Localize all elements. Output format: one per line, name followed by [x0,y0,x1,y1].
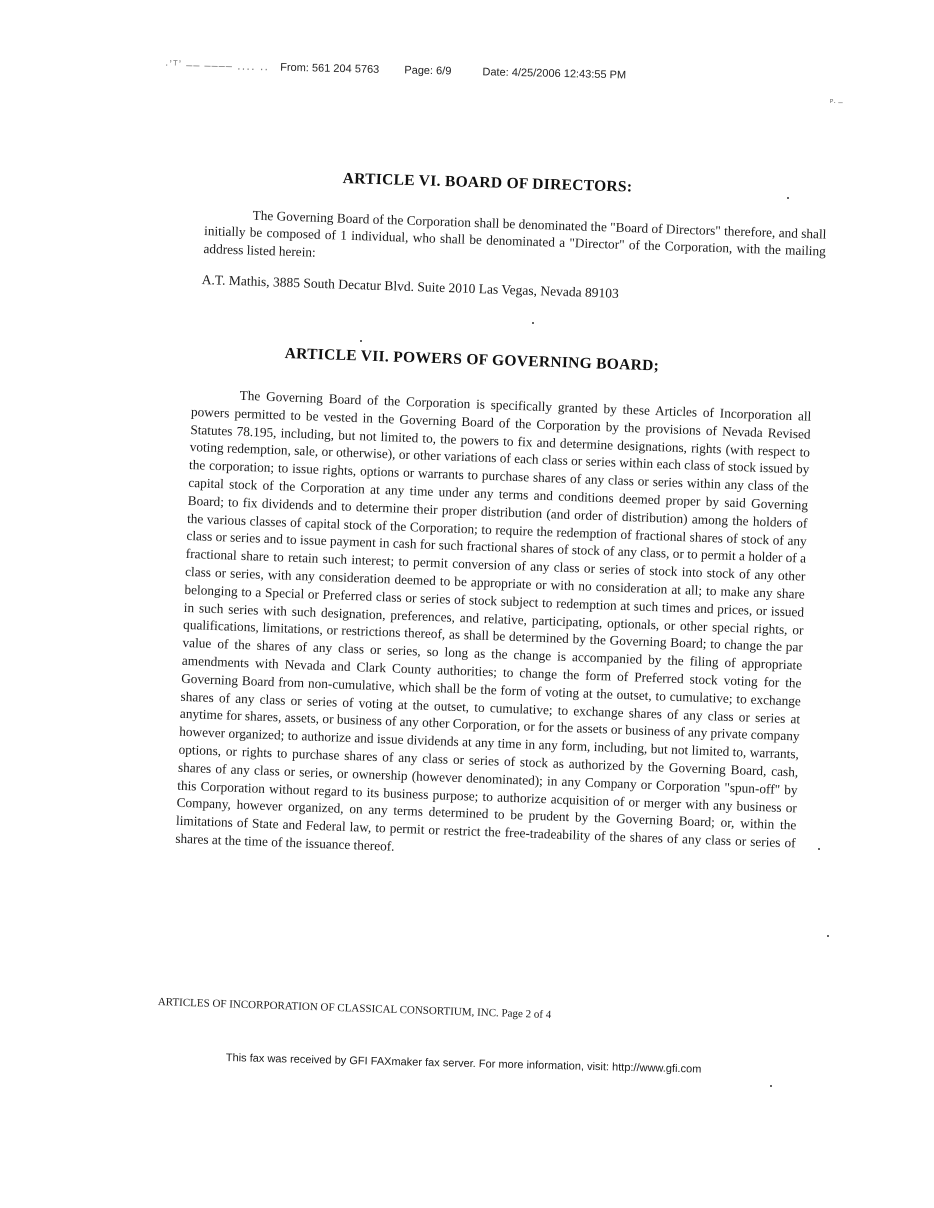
fax-page: ·ʼᵀʼ ‒‒ ‒‒‒‒ ․․․․ ․․ From: 561 204 5763 … [0,0,934,1208]
article-7-body: The Governing Board of the Corporation i… [175,385,812,870]
scan-speck [827,935,829,937]
fax-header: ·ʼᵀʼ ‒‒ ‒‒‒‒ ․․․․ ․․ From: 561 204 5763 … [165,58,765,85]
fax-date: Date: 4/25/2006 12:43:55 PM [482,66,626,81]
scan-speck [360,340,362,342]
article-6-heading: ARTICLE VI. BOARD OF DIRECTORS: [342,170,632,197]
scan-speck [818,848,820,850]
director-address: A.T. Mathis, 3885 South Decatur Blvd. Su… [201,272,619,302]
fax-from-number: From: 561 204 5763 [280,62,379,76]
corner-scan-mark: ᴾ· ‒ [830,98,843,107]
scan-speck [787,197,789,199]
fax-page-number: Page: 6/9 [404,64,451,77]
scan-speck [770,1085,772,1087]
article-7-heading: ARTICLE VII. POWERS OF GOVERNING BOARD; [284,345,659,375]
fax-server-note: This fax was received by GFI FAXmaker fa… [226,1052,702,1076]
fax-header-garbled-text: ·ʼᵀʼ ‒‒ ‒‒‒‒ ․․․․ ․․ [165,59,270,73]
scan-speck [532,322,534,324]
document-footer-title: ARTICLES OF INCORPORATION OF CLASSICAL C… [158,996,552,1021]
article-6-body: The Governing Board of the Corporation s… [203,205,826,278]
